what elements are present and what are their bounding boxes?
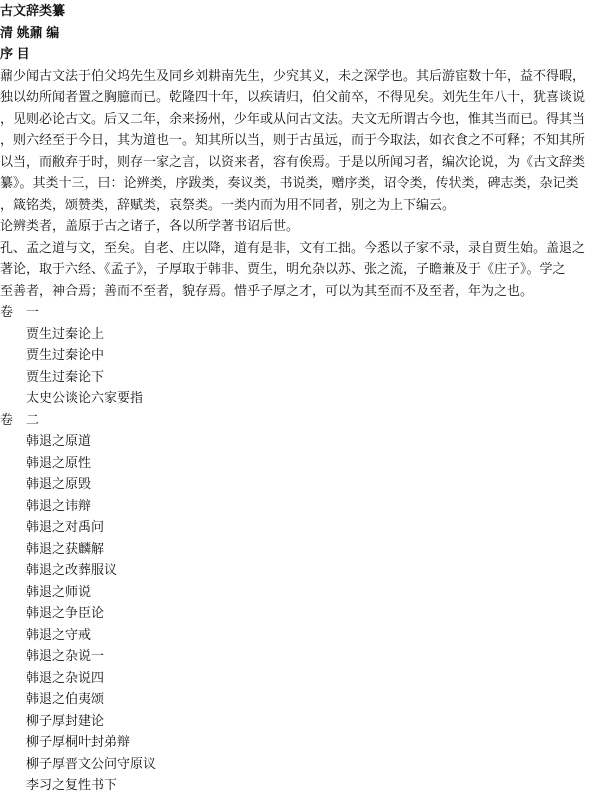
- text-line: ，则六经至于今日，其为道也一。知其所以当，则于古虽远，而于今取法，如衣食之不可释…: [0, 129, 600, 151]
- toc-item: 韩退之获麟解: [0, 538, 600, 560]
- text-line: 著论，取于六经、《孟子》，子厚取于韩非、贾生，明允杂以苏、张之流，子瞻兼及于《庄…: [0, 258, 600, 280]
- toc-item: 柳子厚桐叶封弟辩: [0, 731, 600, 753]
- toc-item: 韩退之伯夷颂: [0, 688, 600, 710]
- text-line: 独以幼所闻者置之胸臆而已。乾隆四十年，以疾请归，伯父前卒，不得见矣。刘先生年八十…: [0, 86, 600, 108]
- toc-item: 贾生过秦论中: [0, 344, 600, 366]
- toc-item: 韩退之对禹问: [0, 516, 600, 538]
- preface: 鼐少闻古文法于伯父坞先生及同乡刘耕南先生，少究其义，未之深学也。其后游宦数十年，…: [0, 65, 600, 302]
- toc-item: 韩退之师说: [0, 581, 600, 603]
- toc-item: 韩退之讳辩: [0, 495, 600, 517]
- toc-item: 韩退之杂说四: [0, 667, 600, 689]
- page-title: 古文辞类纂: [0, 0, 600, 22]
- preface-paragraph: 孔、孟之道与文，至矣。自老、庄以降，道有是非，文有工拙。今悉以子家不录，录自贾生…: [0, 237, 600, 302]
- toc-item: 韩退之原毁: [0, 473, 600, 495]
- section-heading: 序 目: [0, 43, 600, 65]
- byline: 清 姚鼐 编: [0, 22, 600, 44]
- toc-item: 柳子厚封建论: [0, 710, 600, 732]
- toc-item: 李习之复性书下: [0, 774, 600, 796]
- text-line: 纂》。其类十三，曰：论辨类，序跋类，奏议类，书说类，赠序类，诏令类，传状类，碑志…: [0, 172, 600, 194]
- toc-item: 韩退之争臣论: [0, 602, 600, 624]
- toc-item: 韩退之原道: [0, 430, 600, 452]
- document-page: 古文辞类纂 清 姚鼐 编 序 目 鼐少闻古文法于伯父坞先生及同乡刘耕南先生，少究…: [0, 0, 600, 796]
- toc: 卷 一贾生过秦论上贾生过秦论中贾生过秦论下太史公谈论六家要指卷 二韩退之原道韩退…: [0, 301, 600, 796]
- toc-item: 贾生过秦论上: [0, 323, 600, 345]
- text-line: 论辨类者，盖原于古之诸子，各以所学著书诏后世。: [0, 215, 600, 237]
- toc-item: 韩退之杂说一: [0, 645, 600, 667]
- toc-item: 太史公谈论六家要指: [0, 387, 600, 409]
- volume-heading: 卷 一: [0, 301, 600, 323]
- preface-paragraph: 论辨类者，盖原于古之诸子，各以所学著书诏后世。: [0, 215, 600, 237]
- text-line: ，箴铭类，颂赞类，辞赋类，哀祭类。一类内而为用不同者，别之为上下编云。: [0, 194, 600, 216]
- volume-heading: 卷 二: [0, 409, 600, 431]
- toc-item: 柳子厚晋文公问守原议: [0, 753, 600, 775]
- toc-item: 韩退之守戒: [0, 624, 600, 646]
- text-line: 至善者，神合焉；善而不至者，貌存焉。惜乎子厚之才，可以为其至而不及至者，年为之也…: [0, 280, 600, 302]
- text-line: ，见则必论古文。后又二年，余来扬州，少年或从问古文法。夫文无所谓古今也，惟其当而…: [0, 108, 600, 130]
- toc-item: 贾生过秦论下: [0, 366, 600, 388]
- toc-item: 韩退之改葬服议: [0, 559, 600, 581]
- toc-item: 韩退之原性: [0, 452, 600, 474]
- text-line: 孔、孟之道与文，至矣。自老、庄以降，道有是非，文有工拙。今悉以子家不录，录自贾生…: [0, 237, 600, 259]
- text-line: 以当，而敝弃于时，则存一家之言，以资来者，容有俟焉。于是以所闻习者，编次论说，为…: [0, 151, 600, 173]
- preface-paragraph: 鼐少闻古文法于伯父坞先生及同乡刘耕南先生，少究其义，未之深学也。其后游宦数十年，…: [0, 65, 600, 216]
- text-line: 鼐少闻古文法于伯父坞先生及同乡刘耕南先生，少究其义，未之深学也。其后游宦数十年，…: [0, 65, 600, 87]
